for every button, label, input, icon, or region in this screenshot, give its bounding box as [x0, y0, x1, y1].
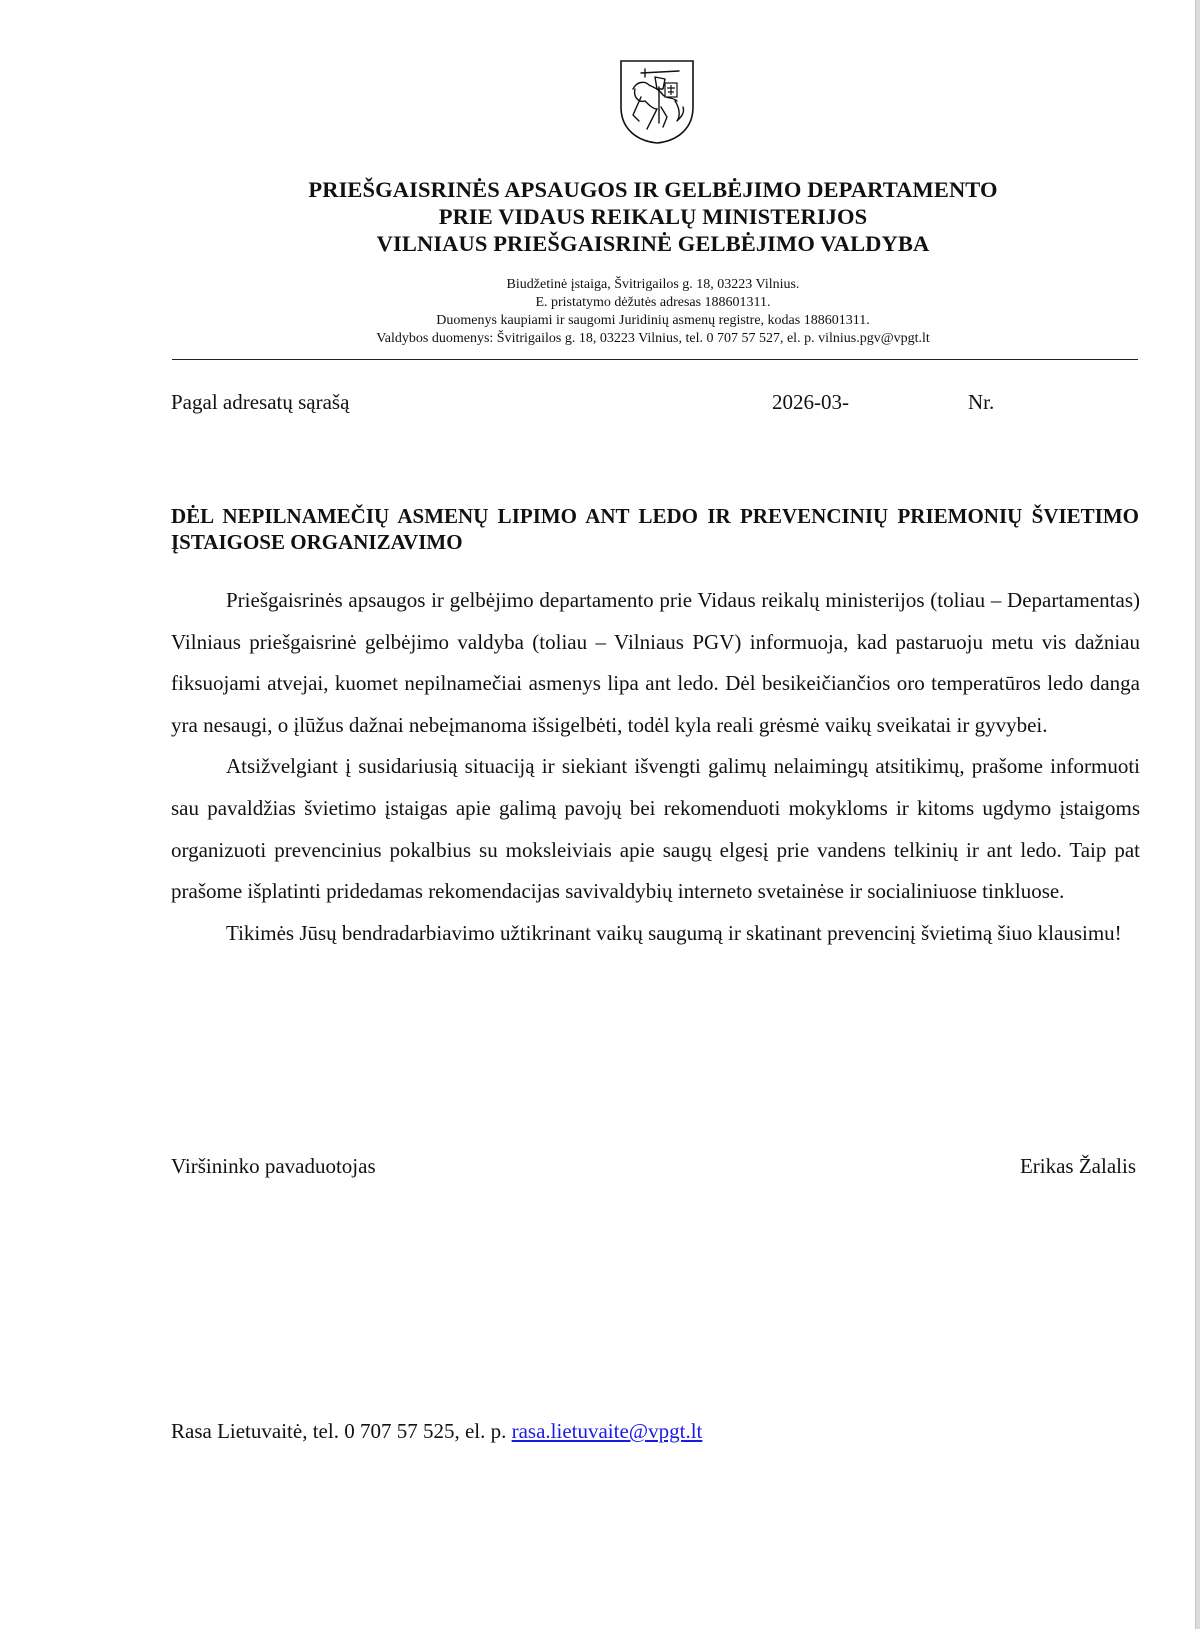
organization-header: PRIEŠGAISRINĖS APSAUGOS IR GELBĖJIMO DEP…	[170, 176, 1136, 257]
coat-of-arms-icon	[619, 59, 695, 145]
paragraph: Atsižvelgiant į susidariusią situaciją i…	[171, 746, 1140, 912]
details-line-2: E. pristatymo dėžutės adresas 188601311.	[170, 294, 1136, 312]
org-line-3: VILNIAUS PRIEŠGAISRINĖ GELBĖJIMO VALDYBA	[170, 230, 1136, 257]
details-line-1: Biudžetinė įstaiga, Švitrigailos g. 18, …	[170, 276, 1136, 294]
letter-body: Priešgaisrinės apsaugos ir gelbėjimo dep…	[171, 580, 1140, 954]
org-line-1: PRIEŠGAISRINĖS APSAUGOS IR GELBĖJIMO DEP…	[170, 176, 1136, 203]
page-edge-scrollbar	[1195, 0, 1200, 1629]
subject-heading: DĖL NEPILNAMEČIŲ ASMENŲ LIPIMO ANT LEDO …	[171, 503, 1139, 555]
signatory-name: Erikas Žalalis	[1020, 1153, 1136, 1179]
document-number-label: Nr.	[968, 389, 994, 415]
document-date: 2026-03-	[772, 389, 849, 415]
org-line-2: PRIE VIDAUS REIKALŲ MINISTERIJOS	[170, 203, 1136, 230]
header-divider	[172, 359, 1138, 360]
signatory-position: Viršininko pavaduotojas	[171, 1153, 376, 1179]
organization-details: Biudžetinė įstaiga, Švitrigailos g. 18, …	[170, 276, 1136, 348]
paragraph: Priešgaisrinės apsaugos ir gelbėjimo dep…	[171, 580, 1140, 746]
contact-text: Rasa Lietuvaitė, tel. 0 707 57 525, el. …	[171, 1419, 512, 1443]
paragraph: Tikimės Jūsų bendradarbiavimo užtikrinan…	[171, 913, 1140, 955]
recipient: Pagal adresatų sąrašą	[171, 389, 349, 415]
contact-line: Rasa Lietuvaitė, tel. 0 707 57 525, el. …	[171, 1418, 702, 1444]
details-line-4: Valdybos duomenys: Švitrigailos g. 18, 0…	[170, 330, 1136, 348]
contact-email-link[interactable]: rasa.lietuvaite@vpgt.lt	[512, 1419, 703, 1443]
details-line-3: Duomenys kaupiami ir saugomi Juridinių a…	[170, 312, 1136, 330]
